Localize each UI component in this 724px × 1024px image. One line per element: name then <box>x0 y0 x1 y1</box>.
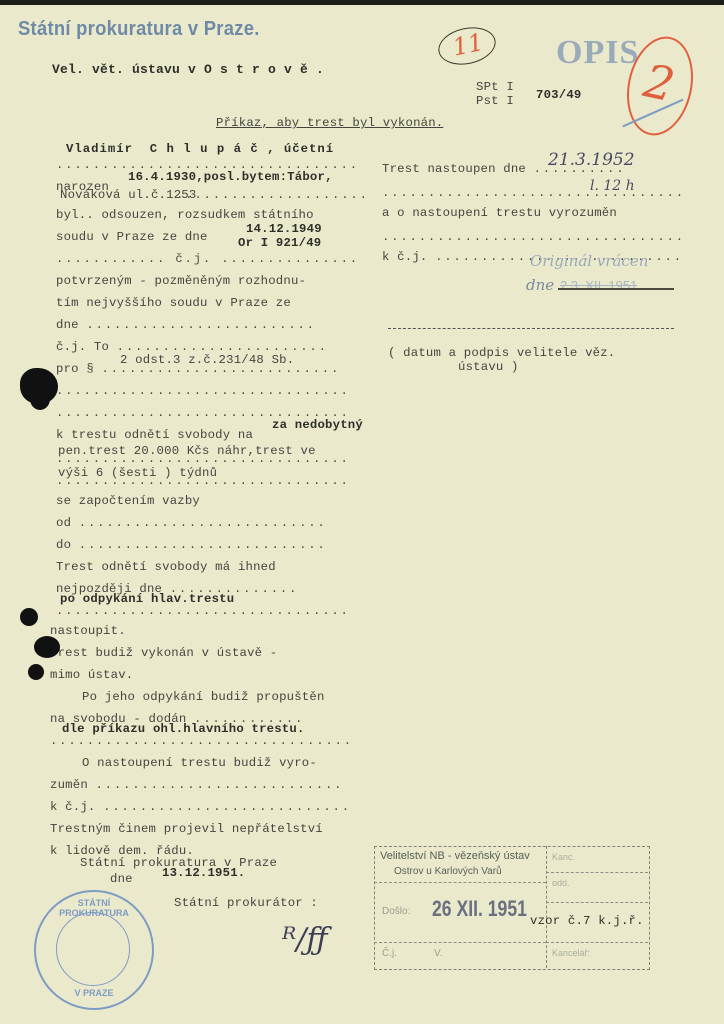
notify-cj: k č.j. <box>50 800 95 814</box>
office-stamp: Státní prokuratura v Praze. <box>18 18 260 41</box>
sentenced-line: byl.. odsouzen, rozsudkem státního <box>56 208 314 222</box>
ink-blot <box>28 664 44 680</box>
state-emblem <box>56 912 130 986</box>
file-ref-line2: Pst I <box>476 94 514 108</box>
strike-line <box>558 288 674 290</box>
crime-line1: Trestným činem projevil nepřátelství <box>50 822 323 836</box>
custody-line: se započtením vazby <box>56 494 200 508</box>
born-value: 16.4.1930,posl.bytem:Tábor, <box>128 170 333 184</box>
file-ref-line1: SPt I <box>476 80 514 94</box>
received-date: 26 XII. 1951 <box>432 896 527 922</box>
scan-top-edge <box>0 0 724 5</box>
addressee: Vel. vět. ústavu v O s t r o v ě . <box>52 62 324 77</box>
dne-label: dne <box>56 318 79 332</box>
round-office-stamp: STÁTNÍ PROKURATURA V PRAZE <box>34 890 154 1010</box>
notify-line2: zuměn <box>50 778 88 792</box>
prosecutor-signature: ᴿ/ƒƒ <box>282 922 328 957</box>
started-value: 21.3.1952 <box>548 150 635 170</box>
right-cj-label: k č.j. <box>382 250 427 264</box>
file-ref-number: 703/49 <box>536 88 581 102</box>
round-stamp-top-text: STÁTNÍ PROKURATURA <box>48 898 140 918</box>
convict-name: Vladimír C h l u p á č , účetní <box>66 142 334 156</box>
penalty-value1: za nedobytný <box>272 418 363 432</box>
execute-line1: Trest budiž vykonán v ústavě - <box>50 646 277 660</box>
received-label: Došlo: <box>382 906 410 917</box>
court-date: 14.12.1949 <box>246 222 322 236</box>
handwritten-number: 11 <box>450 28 486 62</box>
receipt-right-label-1: Kanc. <box>552 852 575 862</box>
document-title: Příkaz, aby trest byl vykonán. <box>216 116 443 130</box>
receipt-right-label-2: odd. <box>552 878 570 888</box>
original-date-label: dne <box>526 276 554 294</box>
cj-to-label: č.j. To <box>56 340 109 354</box>
receipt-header2: Ostrov u Karlových Varů <box>394 866 502 877</box>
circled-number-left: 11 <box>435 22 499 69</box>
signature-caption1: ( datum a podpis velitele věz. <box>388 346 615 360</box>
cj-label: č.j. <box>175 252 212 266</box>
confirmed-line1: potvrzeným - pozměněným rozhodnu- <box>56 274 306 288</box>
start-line3: nastoupit. <box>50 624 126 638</box>
receipt-right-label-5: Kancelář: <box>552 948 590 958</box>
from-label: od <box>56 516 71 530</box>
started-note: l. 12 h <box>590 178 635 194</box>
ink-blot <box>30 388 50 410</box>
started-label: Trest nastoupen dne <box>382 162 526 176</box>
court-line: soudu v Praze ze dne <box>56 230 208 244</box>
signature-line <box>388 328 674 329</box>
pro-label: pro § <box>56 362 94 376</box>
ink-blot <box>34 636 60 658</box>
footer-date-label: dne <box>110 872 133 886</box>
round-stamp-bottom-text: V PRAZE <box>48 988 140 998</box>
release-line1: Po jeho odpykání budiž propuštěn <box>82 690 325 704</box>
notify-line1: O nastoupení trestu budiž vyro- <box>82 756 317 770</box>
receipt-v-label: V. <box>434 948 443 959</box>
penalty-label: k trestu odnětí svobody na <box>56 428 253 442</box>
execute-line2: mimo ústav. <box>50 668 133 682</box>
confirmed-line2: tím nejvyššího soudu v Praze ze <box>56 296 291 310</box>
original-date: 2.3. XII. 1951 <box>560 278 637 293</box>
receipt-header1: Velitelství NB - vězeňský ústav <box>380 850 530 862</box>
footer-date-value: 13.12.1951. <box>162 866 245 880</box>
start-line1: Trest odnětí svobody má ihned <box>56 560 276 574</box>
ink-blot <box>20 608 38 626</box>
receipt-cj-label: Č.j. <box>382 948 397 959</box>
opis-stamp: OPIS <box>556 34 639 72</box>
informed-label: a o nastoupení trestu vyrozuměn <box>382 206 617 220</box>
original-returned-stamp: Originál vrácen <box>530 252 648 270</box>
prosecutor-label: Státní prokurátor : <box>174 896 318 910</box>
signature-caption2: ústavu ) <box>458 360 519 374</box>
to-label: do <box>56 538 71 552</box>
court-ref: Or I 921/49 <box>238 236 321 250</box>
paragraph-value: 2 odst.3 z.č.231/48 Sb. <box>120 353 294 367</box>
form-number: vzor č.7 k.j.ř. <box>530 914 644 928</box>
